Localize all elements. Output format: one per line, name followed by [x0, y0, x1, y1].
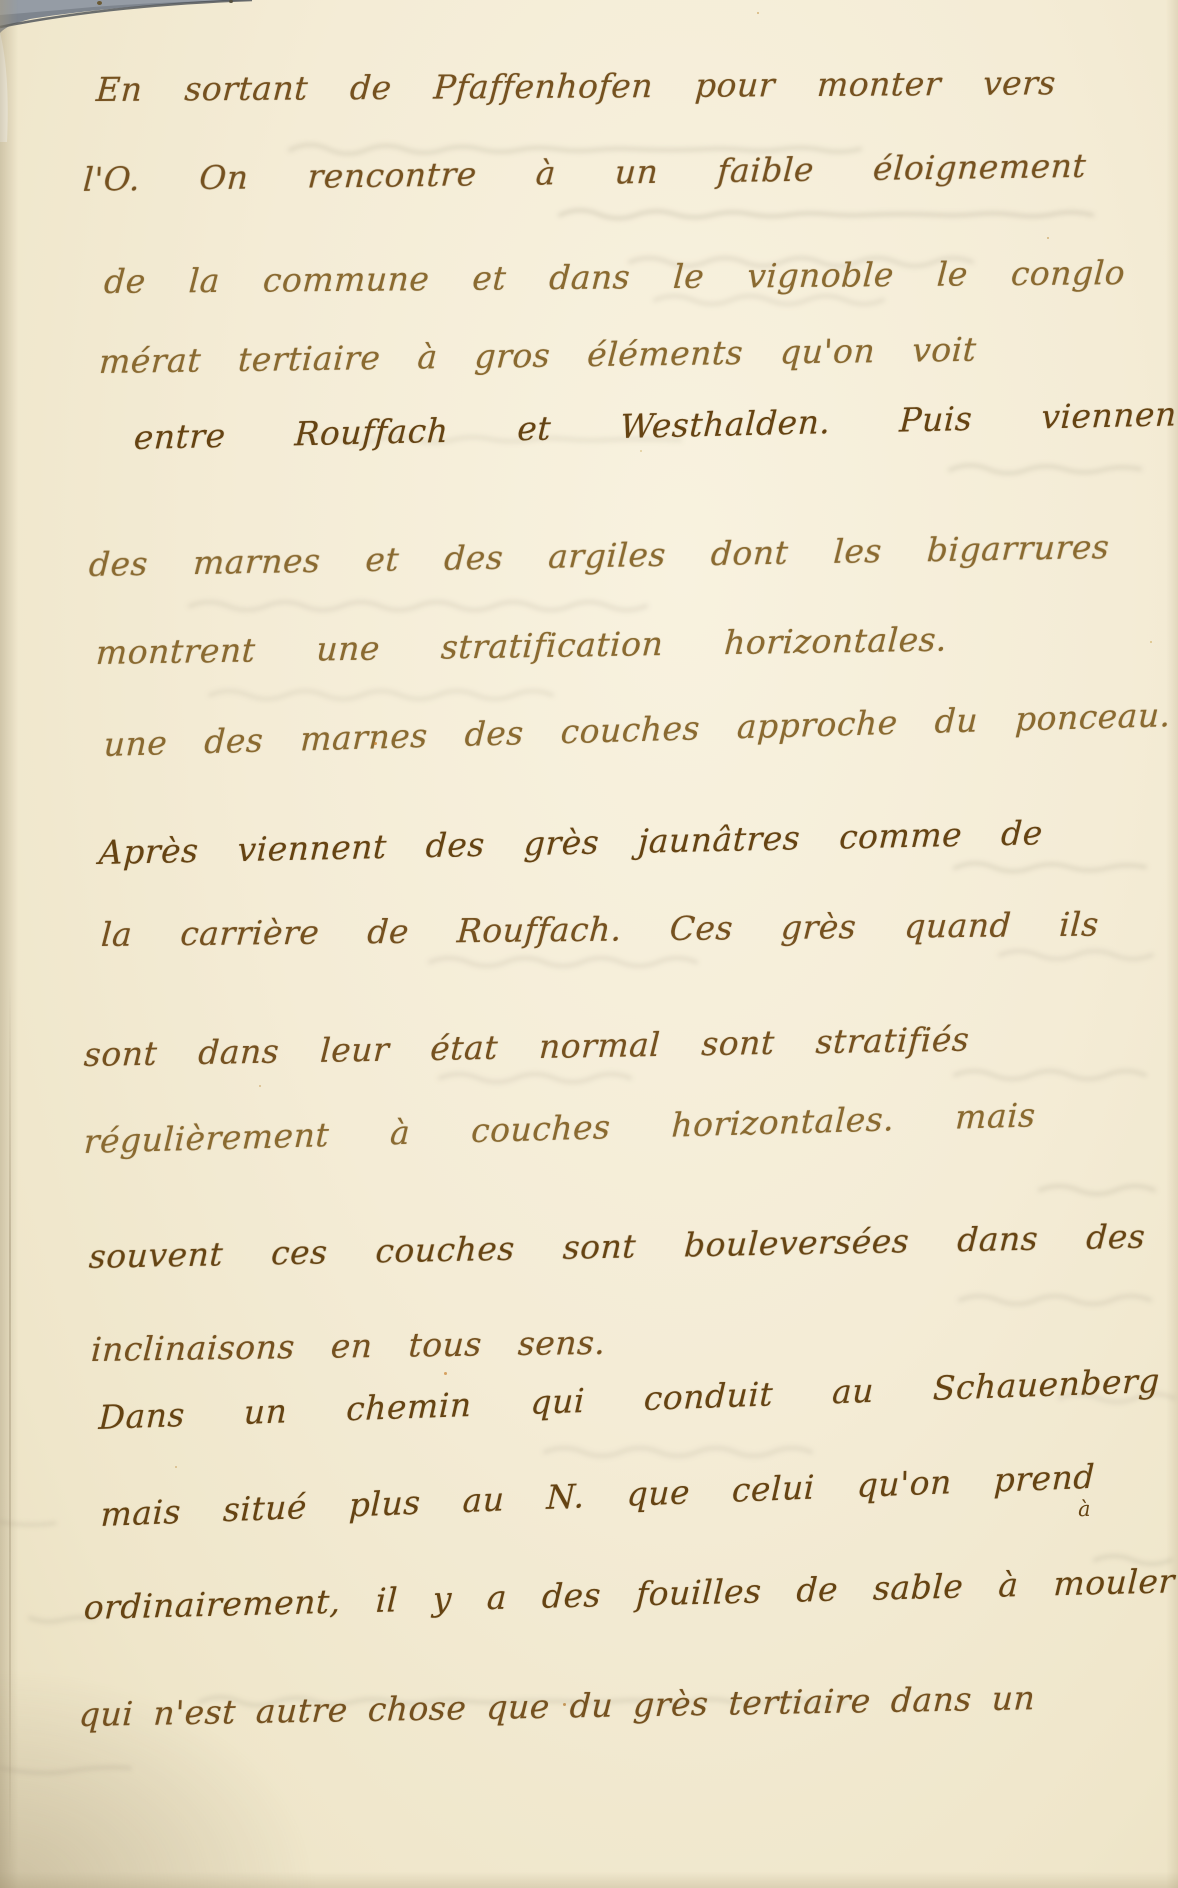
manuscript-line-3: de la commune et dans le vignoble le con… [103, 253, 1126, 301]
manuscript-line-17: ordinairement, il y a des fouilles de sa… [83, 1561, 1176, 1627]
manuscript-line-11: sont dans leur état normal sont stratifi… [83, 1020, 970, 1074]
insertion-mark: à [1078, 1497, 1091, 1521]
paper-speck [563, 1703, 566, 1706]
paper-speck [259, 1085, 261, 1087]
manuscript-line-5: entre Rouffach et Westhalden. Puis vienn… [133, 394, 1178, 457]
manuscript-line-15: Dans un chemin qui conduit au Schauenber… [98, 1361, 1161, 1437]
manuscript-page: En sortant de Pfaffenhofen pour monter v… [0, 0, 1178, 1888]
manuscript-line-16: mais situé plus au N. que celui qu'on pr… [100, 1457, 1096, 1534]
manuscript-line-13: souvent ces couches sont bouleversées da… [88, 1217, 1146, 1276]
page-crease [9, 980, 11, 1860]
paper-speck [722, 937, 724, 939]
paper-speck [757, 12, 759, 14]
paper-speck [374, 742, 377, 745]
paper-speck [1047, 237, 1049, 239]
manuscript-line-2: l'O. On rencontre à un faible éloignemen… [82, 146, 1087, 199]
manuscript-line-1: En sortant de Pfaffenhofen pour monter v… [95, 63, 1057, 109]
manuscript-line-12: régulièrement à couches horizontales. ma… [83, 1095, 1037, 1161]
manuscript-line-14: inclinaisons en tous sens. [90, 1323, 607, 1369]
paper-speck [444, 1372, 447, 1375]
manuscript-line-6: des marnes et des argiles dont les bigar… [88, 527, 1110, 584]
manuscript-line-7: montrent une stratification horizontales… [95, 620, 948, 672]
manuscript-line-9: Après viennent des grès jaunâtres comme … [98, 813, 1044, 872]
page-right-edge [1166, 0, 1178, 1888]
paper-speck [229, 0, 233, 3]
paper-speck [640, 450, 642, 452]
paper-speck [175, 1466, 177, 1468]
manuscript-line-4: mérat tertiaire à gros éléments qu'on vo… [98, 330, 978, 381]
manuscript-line-8: une des marnes des couches approche du p… [103, 695, 1172, 764]
manuscript-line-10: la carrière de Rouffach. Ces grès quand … [100, 905, 1100, 954]
paper-speck [97, 1, 102, 5]
scanned-manuscript: { "page": { "paper_color": "#f4ecd6", "i… [0, 0, 1178, 1888]
paper-speck [1150, 641, 1152, 643]
